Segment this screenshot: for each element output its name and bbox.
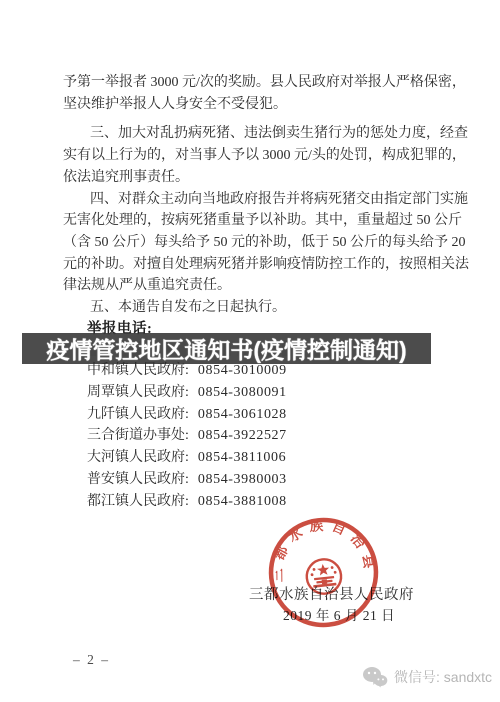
phone-row: 普安镇人民政府:0854-3980003 [87,469,287,491]
body-line: 元的补助。对擅自处理病死猪并影响疫情防控工作的，按照相关法 [63,254,448,276]
phone-row: 都江镇人民政府:0854-3881008 [87,491,287,513]
seal-rim-text: 三都水族自治县人民政府 [261,510,377,587]
phone-label: 普安镇人民政府: [87,472,189,487]
phone-label: 都江镇人民政府: [87,494,189,509]
phone-row: 周覃镇人民政府:0854-3080091 [87,382,287,404]
document-page: 予第一举报者 3000 元/次的奖励。县人民政府对举报人严格保密， 坚决维护举报… [0,0,500,702]
body-line: 律法规从严从重追究责任。 [63,275,448,297]
wechat-icon [362,665,388,689]
phone-number: 0854-3080091 [198,385,287,400]
china-national-emblem-icon [305,558,343,596]
phone-row: 中和镇人民政府:0854-3010009 [87,360,287,382]
official-seal: 三都水族自治县人民政府 [261,510,385,634]
phone-label: 大河镇人民政府: [87,450,189,465]
phone-label: 三合街道办事处: [87,428,189,443]
phone-number: 0854-3881008 [198,494,287,509]
svg-text:三都水族自治县人民政府: 三都水族自治县人民政府 [261,510,377,587]
body-line: 五、本通告自发布之日起执行。 [63,297,448,319]
phone-list: 中和镇人民政府:0854-3010009 周覃镇人民政府:0854-308009… [87,360,287,513]
phone-label: 中和镇人民政府: [87,363,189,378]
body-line: 予第一举报者 3000 元/次的奖励。县人民政府对举报人严格保密， [63,72,448,94]
phone-label: 九阡镇人民政府: [87,407,189,422]
body-line: 依法追究刑事责任。 [63,167,448,189]
page-number: – 2 – [73,652,110,668]
body-line: 实有以上行为的，对当事人予以 3000 元/头的处罚，构成犯罪的， [63,145,448,167]
body-line: 无害化处理的，按病死猪重量予以补助。其中，重量超过 50 公斤 [63,210,448,232]
phone-number: 0854-3010009 [198,363,287,378]
phone-number: 0854-3922527 [198,428,287,443]
body-line: 坚决维护举报人人身安全不受侵犯。 [63,94,448,116]
notice-body: 予第一举报者 3000 元/次的奖励。县人民政府对举报人严格保密， 坚决维护举报… [63,72,448,319]
body-line: 四、对群众主动向当地政府报告并将病死猪交由指定部门实施 [63,189,448,211]
phone-label: 周覃镇人民政府: [87,385,189,400]
body-line: 三、加大对乱扔病死猪、违法倒卖生猪行为的惩处力度，经查 [63,123,448,145]
phone-row: 九阡镇人民政府:0854-3061028 [87,404,287,426]
phone-number: 0854-3811006 [198,450,286,465]
wechat-watermark: 微信号: sandxtc [362,664,492,690]
phone-row: 大河镇人民政府:0854-3811006 [87,447,287,469]
phone-number: 0854-3980003 [198,472,287,487]
phone-row: 三合街道办事处:0854-3922527 [87,425,287,447]
wechat-id-text: 微信号: sandxtc [394,667,492,687]
body-line: （含 50 公斤）每头给予 50 元的补助，低于 50 公斤的每头给予 20 [63,232,448,254]
phone-number: 0854-3061028 [198,407,287,422]
